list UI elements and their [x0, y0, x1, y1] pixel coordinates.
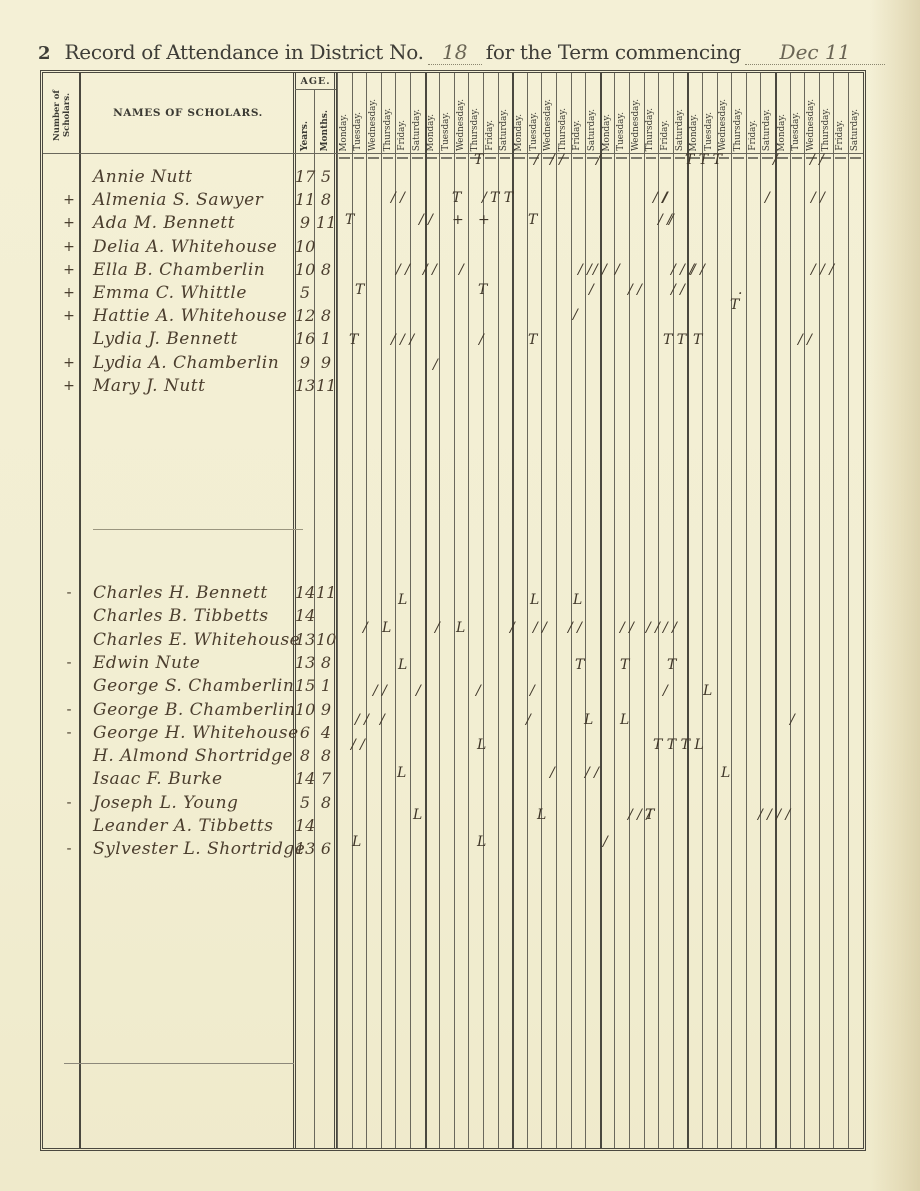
header-tick [792, 157, 803, 159]
attendance-mark: / / [810, 153, 824, 167]
attendance-mark: L [537, 808, 546, 822]
attendance-mark: L [584, 713, 593, 727]
header-tick [850, 157, 861, 159]
header-day-monday: Monday. [775, 77, 790, 151]
scholar-name: Leander A. Tibbetts [93, 816, 273, 836]
attendance-mark: / [526, 713, 531, 727]
header-names-of-scholars: NAMES OF SCHOLARS. [81, 107, 295, 119]
age-years: 14 [295, 583, 315, 602]
term-start-field: Dec 11 [745, 40, 885, 65]
scholar-mark: - [61, 702, 77, 718]
day-column-divider [366, 73, 367, 1148]
header-day-monday: Monday. [600, 77, 615, 151]
header-tick [777, 157, 788, 159]
header-day-tuesday: Tuesday. [702, 77, 717, 151]
attendance-mark: / / [419, 213, 433, 227]
scholar-mark: - [61, 725, 77, 741]
header-tick [646, 157, 657, 159]
day-column-divider [439, 73, 440, 1148]
day-column-divider [381, 73, 382, 1148]
day-column-divider [352, 73, 353, 1148]
header-day-wednesday: Wednesday. [366, 77, 381, 151]
attendance-mark: T [575, 658, 584, 672]
attendance-mark: T [528, 333, 537, 347]
attendance-mark: T [693, 333, 702, 347]
age-months: 5 [316, 167, 336, 186]
header-day-friday: Friday. [571, 77, 586, 151]
attendance-mark: / [550, 766, 555, 780]
header-months: Months. [315, 93, 335, 151]
attendance-mark: / [416, 684, 421, 698]
header-tick [748, 157, 759, 159]
attendance-mark: T [345, 213, 354, 227]
header-tick [354, 157, 365, 159]
age-months: 8 [316, 260, 336, 279]
attendance-mark: / [435, 621, 440, 635]
header-day-thursday: Thursday. [731, 77, 746, 151]
header-day-friday: Friday. [658, 77, 673, 151]
age-months: 10 [316, 630, 336, 649]
attendance-mark: L [456, 621, 465, 635]
attendance-mark: + [452, 213, 464, 227]
attendance-mark: L [413, 808, 422, 822]
header-tick [397, 157, 408, 159]
age-months: 11 [316, 376, 336, 395]
attendance-mark: / / [391, 191, 405, 205]
header-tick [441, 157, 452, 159]
attendance-mark: T T [663, 333, 686, 347]
attendance-mark: . [738, 283, 742, 297]
age-years: 5 [295, 283, 315, 302]
scholar-name: Almenia S. Sawyer [93, 190, 263, 210]
scholar-name: Sylvester L. Shortridge [93, 839, 305, 859]
age-months: 11 [316, 583, 336, 602]
header-day-wednesday: Wednesday. [717, 77, 732, 151]
scholar-mark: + [61, 192, 77, 208]
attendance-mark: / [573, 308, 578, 322]
scholar-mark: + [61, 239, 77, 255]
attendance-mark: / / [691, 263, 705, 277]
header-day-wednesday: Wednesday. [629, 77, 644, 151]
attendance-mark: / [476, 684, 481, 698]
day-column-divider [527, 73, 528, 1148]
day-column-divider [687, 73, 689, 1148]
attendance-mark: / / [628, 283, 642, 297]
day-column-divider [541, 73, 542, 1148]
age-years: 8 [295, 746, 315, 765]
scholar-name: Edwin Nute [93, 653, 200, 673]
header-day-saturday: Saturday. [410, 77, 425, 151]
header-tick [733, 157, 744, 159]
day-column-divider [804, 73, 805, 1148]
header-tick [456, 157, 467, 159]
header-tick [835, 157, 846, 159]
title-middle: for the Term commencing [486, 40, 741, 64]
header-tick [675, 157, 686, 159]
attendance-mark: T [355, 283, 364, 297]
attendance-mark: T [620, 658, 629, 672]
scholar-name: Isaac F. Burke [93, 769, 223, 789]
day-column-divider [833, 73, 834, 1148]
header-day-wednesday: Wednesday. [541, 77, 556, 151]
header-age: AGE. [295, 76, 336, 87]
attendance-mark: / [596, 153, 601, 167]
scholar-name: Charles E. Whitehouse [93, 630, 300, 650]
day-column-divider [585, 73, 586, 1148]
header-day-thursday: Thursday. [468, 77, 483, 151]
header-tick [616, 157, 627, 159]
day-column-divider [717, 73, 718, 1148]
header-tick [500, 157, 511, 159]
attendance-mark: / [663, 684, 668, 698]
age-months: 1 [316, 676, 336, 695]
attendance-mark: / [433, 358, 438, 372]
header-day-monday: Monday. [512, 77, 527, 151]
attendance-mark: / / [578, 263, 592, 277]
day-column-divider [483, 73, 484, 1148]
day-column-divider [819, 73, 820, 1148]
day-column-divider [556, 73, 557, 1148]
attendance-mark: T T [490, 191, 513, 205]
scholar-mark: - [61, 655, 77, 671]
header-day-friday: Friday. [395, 77, 410, 151]
scholar-name: Delia A. Whitehouse [93, 237, 277, 257]
attendance-mark: L [398, 593, 407, 607]
age-years: 14 [295, 606, 315, 625]
header-tick [368, 157, 379, 159]
day-column-divider [512, 73, 514, 1148]
scholar-name: Lydia A. Chamberlin [93, 353, 279, 373]
age-years: 12 [295, 306, 315, 325]
attendance-mark: / / [798, 333, 812, 347]
age-months: 8 [316, 653, 336, 672]
day-column-divider [746, 73, 747, 1148]
day-column-divider [790, 73, 791, 1148]
scholar-name: George B. Chamberlin [93, 700, 296, 720]
attendance-mark: L [530, 593, 539, 607]
attendance-mark: L [397, 766, 406, 780]
footnote-rule [64, 1063, 294, 1064]
attendance-mark: / [773, 153, 778, 167]
attendance-mark: / / [811, 191, 825, 205]
attendance-mark: / / [351, 738, 365, 752]
header-number-of-scholars: Number of Scholars. [47, 79, 77, 151]
student-row: +Mary J. Nutt1311 [43, 378, 336, 402]
attendance-mark: L [573, 593, 582, 607]
attendance-mark: L [382, 621, 391, 635]
age-months: 8 [316, 190, 336, 209]
attendance-mark: / / [620, 621, 634, 635]
scholar-mark: - [61, 795, 77, 811]
header-day-wednesday: Wednesday. [454, 77, 469, 151]
age-years: 14 [295, 816, 315, 835]
attendance-mark: L [620, 713, 629, 727]
header-tick [631, 157, 642, 159]
day-column-divider [600, 73, 602, 1148]
age-months: 9 [316, 353, 336, 372]
scholar-mark: + [61, 262, 77, 278]
scholar-mark: + [61, 285, 77, 301]
attendance-mark: / / [663, 621, 677, 635]
age-divider [295, 89, 336, 90]
day-column-divider [673, 73, 674, 1148]
scholar-name: Hattie A. Whitehouse [93, 306, 287, 326]
section-divider [93, 529, 303, 530]
scholar-name: Emma C. Whittle [93, 283, 247, 303]
attendance-mark: / [765, 191, 770, 205]
header-tick [762, 157, 773, 159]
header-day-tuesday: Tuesday. [439, 77, 454, 151]
attendance-mark: / / [585, 766, 599, 780]
scholar-name: Charles B. Tibbetts [93, 606, 269, 626]
attendance-mark: L [352, 835, 361, 849]
day-column-divider [702, 73, 703, 1148]
age-years: 13 [295, 653, 315, 672]
attendance-mark: / [482, 191, 487, 205]
age-years: 10 [295, 700, 315, 719]
header-day-monday: Monday. [425, 77, 440, 151]
age-months: 8 [316, 746, 336, 765]
header-tick [514, 157, 525, 159]
scholar-mark: + [61, 378, 77, 394]
scholar-name: Lydia J. Bennett [93, 329, 238, 349]
attendance-mark: / [663, 191, 668, 205]
header-day-thursday: Thursday. [556, 77, 571, 151]
attendance-mark: T [528, 213, 537, 227]
age-years: 10 [295, 237, 315, 256]
attendance-mark: / [603, 835, 608, 849]
age-months: 9 [316, 700, 336, 719]
attendance-mark: / / [355, 713, 369, 727]
day-column-divider [468, 73, 469, 1148]
attendance-mark: / / [396, 263, 410, 277]
header-tick [427, 157, 438, 159]
scholar-name: Annie Nutt [93, 167, 193, 187]
header-tick [573, 157, 584, 159]
scholar-name: Joseph L. Young [93, 793, 238, 813]
header-day-friday: Friday. [746, 77, 761, 151]
age-months: 11 [316, 213, 336, 232]
attendance-mark: L [398, 658, 407, 672]
age-years: 13 [295, 839, 315, 858]
day-column-divider [425, 73, 427, 1148]
age-years: 9 [295, 213, 315, 232]
header-tick [660, 157, 671, 159]
day-column-divider [614, 73, 615, 1148]
attendance-mark: / [479, 333, 484, 347]
scholar-name: H. Almond Shortridge [93, 746, 293, 766]
header-tick [383, 157, 394, 159]
attendance-mark: / / / [391, 333, 414, 347]
page-header: 2 Record of Attendance in District No. 1… [38, 40, 898, 74]
attendance-mark: / / [533, 621, 547, 635]
age-years: 16 [295, 329, 315, 348]
attendance-mark: T [474, 153, 483, 167]
day-column-divider [571, 73, 572, 1148]
attendance-mark: / / / [811, 263, 834, 277]
age-years: 15 [295, 676, 315, 695]
page-number: 2 [38, 43, 51, 64]
attendance-mark: / [669, 213, 674, 227]
attendance-mark: L [477, 738, 486, 752]
age-months: 1 [316, 329, 336, 348]
attendance-mark: L [721, 766, 730, 780]
header-day-saturday: Saturday. [498, 77, 513, 151]
day-column-divider [848, 73, 849, 1148]
attendance-mark: / [534, 153, 539, 167]
attendance-mark: T [645, 808, 654, 822]
age-years: 13 [295, 376, 315, 395]
attendance-mark: L [703, 684, 712, 698]
scholar-name: Ella B. Chamberlin [93, 260, 265, 280]
header-tick [602, 157, 613, 159]
header-day-saturday: Saturday. [760, 77, 775, 151]
scholar-mark: - [61, 585, 77, 601]
age-years: 9 [295, 353, 315, 372]
age-months: 7 [316, 769, 336, 788]
header-day-saturday: Saturday. [585, 77, 600, 151]
attendance-mark: T [349, 333, 358, 347]
attendance-mark: / [790, 713, 795, 727]
age-years: 6 [295, 723, 315, 742]
day-column-divider [644, 73, 645, 1148]
attendance-mark: / / [568, 621, 582, 635]
header-years: Years. [295, 93, 315, 151]
age-years: 14 [295, 769, 315, 788]
attendance-mark: / / [593, 263, 607, 277]
header-day-tuesday: Tuesday. [790, 77, 805, 151]
age-months: 4 [316, 723, 336, 742]
age-years: 10 [295, 260, 315, 279]
header-day-wednesday: Wednesday. [804, 77, 819, 151]
attendance-mark: / / [550, 153, 564, 167]
day-column-divider [658, 73, 659, 1148]
scholar-name: Mary J. Nutt [93, 376, 205, 396]
scholar-mark: - [61, 841, 77, 857]
age-years: 5 [295, 793, 315, 812]
header-day-saturday: Saturday. [848, 77, 863, 151]
attendance-mark: / / [646, 621, 660, 635]
attendance-mark: / [615, 263, 620, 277]
title-prefix: Record of Attendance in District No. [65, 40, 424, 64]
scholar-mark: + [61, 308, 77, 324]
header-day-tuesday: Tuesday. [614, 77, 629, 151]
day-column-divider [395, 73, 396, 1148]
header-day-thursday: Thursday. [381, 77, 396, 151]
header-day-tuesday: Tuesday. [352, 77, 367, 151]
attendance-mark: T T T L [653, 738, 704, 752]
age-years: 17 [295, 167, 315, 186]
header-tick [339, 157, 350, 159]
header-day-thursday: Thursday. [644, 77, 659, 151]
day-column-divider [760, 73, 761, 1148]
day-column-divider [337, 73, 338, 1148]
attendance-mark: / [459, 263, 464, 277]
day-column-divider [731, 73, 732, 1148]
attendance-mark: T T T [685, 153, 722, 167]
age-months: 8 [316, 793, 336, 812]
day-column-divider [629, 73, 630, 1148]
attendance-mark: T [478, 283, 487, 297]
header-tick [412, 157, 423, 159]
attendance-mark: / [589, 283, 594, 297]
student-row: -Sylvester L. Shortridge136 [43, 841, 336, 865]
day-column-divider [410, 73, 411, 1148]
attendance-mark: / [510, 621, 515, 635]
header-day-saturday: Saturday. [673, 77, 688, 151]
attendance-mark: / [530, 684, 535, 698]
attendance-mark: / / [423, 263, 437, 277]
header-day-friday: Friday. [833, 77, 848, 151]
header-day-friday: Friday. [483, 77, 498, 151]
header-day-thursday: Thursday. [819, 77, 834, 151]
age-months: 6 [316, 839, 336, 858]
day-column-divider [454, 73, 455, 1148]
district-number-field: 18 [428, 40, 482, 65]
scholar-mark: + [61, 355, 77, 371]
attendance-mark: / / / / [758, 808, 790, 822]
header-day-monday: Monday. [337, 77, 352, 151]
scholar-name: George S. Chamberlin [93, 676, 294, 696]
age-years: 11 [295, 190, 315, 209]
day-column-divider [498, 73, 499, 1148]
attendance-mark: / / [671, 283, 685, 297]
day-column-divider [775, 73, 777, 1148]
header-day-monday: Monday. [687, 77, 702, 151]
age-years: 13 [295, 630, 315, 649]
attendance-mark: T [452, 191, 461, 205]
scholar-name: Charles H. Bennett [93, 583, 268, 603]
scholar-name: Ada M. Bennett [93, 213, 235, 233]
scholar-name: George H. Whitehouse [93, 723, 299, 743]
attendance-register: Number of Scholars. NAMES OF SCHOLARS. A… [40, 70, 866, 1151]
attendance-mark: / [363, 621, 368, 635]
attendance-mark: T [730, 298, 739, 312]
attendance-mark: L [477, 835, 486, 849]
attendance-mark: / / [373, 684, 387, 698]
attendance-mark: T [667, 658, 676, 672]
scholar-mark: + [61, 215, 77, 231]
header-day-tuesday: Tuesday. [527, 77, 542, 151]
attendance-mark: / [380, 713, 385, 727]
age-months: 8 [316, 306, 336, 325]
header-tick [485, 157, 496, 159]
attendance-mark: + [478, 213, 490, 227]
